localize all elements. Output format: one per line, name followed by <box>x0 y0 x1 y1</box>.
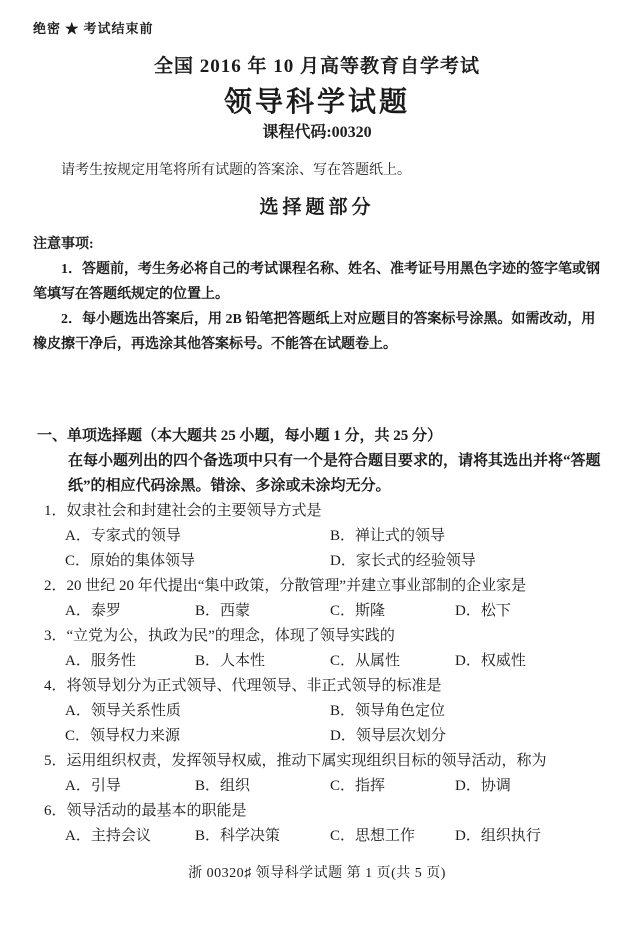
question-stem: 3．“立党为公，执政为民”的理念，体现了领导实践的 <box>44 624 616 649</box>
page-footer: 浙 00320♯ 领导科学试题 第 1 页(共 5 页) <box>0 862 634 882</box>
question-stem: 1．奴隶社会和封建社会的主要领导方式是 <box>44 499 616 524</box>
question-5: 5．运用组织权责，发挥领导权威，推动下属实现组织目标的领导活动，称为 A．引导 … <box>44 749 616 799</box>
option-c: C．原始的集体领导 <box>65 549 330 574</box>
question-number: 2． <box>44 578 67 594</box>
note-item: 2．每小题选出答案后，用 2B 铅笔把答题纸上对应题目的答案标号涂黑。如需改动，… <box>33 307 608 357</box>
option-row: A．服务性 B．人本性 C．从属性 D．权威性 <box>65 649 616 674</box>
classification-banner: 绝密 ★ 考试结束前 <box>33 18 154 37</box>
option-c: C．思想工作 <box>330 824 455 849</box>
note-item: 1．答题前，考生务必将自己的考试课程名称、姓名、准考证号用黑色字迹的签字笔或钢笔… <box>33 257 608 307</box>
question-3: 3．“立党为公，执政为民”的理念，体现了领导实践的 A．服务性 B．人本性 C．… <box>44 624 616 674</box>
option-a: A．泰罗 <box>65 599 195 624</box>
section-one: 一、单项选择题（本大题共 25 小题，每小题 1 分，共 25 分） 在每小题列… <box>37 424 610 499</box>
question-stem: 5．运用组织权责，发挥领导权威，推动下属实现组织目标的领导活动，称为 <box>44 749 616 774</box>
course-code: 课程代码:00320 <box>0 119 634 142</box>
question-text: 将领导划分为正式领导、代理领导、非正式领导的标准是 <box>67 678 442 694</box>
question-list: 1．奴隶社会和封建社会的主要领导方式是 A．专家式的领导 B．禅让式的领导 C．… <box>44 499 616 849</box>
question-number: 3． <box>44 628 67 644</box>
question-1: 1．奴隶社会和封建社会的主要领导方式是 A．专家式的领导 B．禅让式的领导 C．… <box>44 499 616 574</box>
question-2: 2．20 世纪 20 年代提出“集中政策，分散管理”并建立事业部制的企业家是 A… <box>44 574 616 624</box>
option-b: B．西蒙 <box>195 599 330 624</box>
option-b: B．禅让式的领导 <box>330 524 616 549</box>
option-a: A．领导关系性质 <box>65 699 330 724</box>
option-d: D．松下 <box>455 599 616 624</box>
question-4: 4．将领导划分为正式领导、代理领导、非正式领导的标准是 A．领导关系性质 B．领… <box>44 674 616 749</box>
option-c: C．领导权力来源 <box>65 724 330 749</box>
exam-paper-page: 绝密 ★ 考试结束前 全国 2016 年 10 月高等教育自学考试 领导科学试题… <box>0 0 634 931</box>
option-a: A．引导 <box>65 774 195 799</box>
option-b: B．人本性 <box>195 649 330 674</box>
question-number: 6． <box>44 803 67 819</box>
option-d: D．家长式的经验领导 <box>330 549 616 574</box>
question-stem: 6．领导活动的最基本的职能是 <box>44 799 616 824</box>
option-d: D．协调 <box>455 774 616 799</box>
option-a: A．服务性 <box>65 649 195 674</box>
option-b: B．领导角色定位 <box>330 699 616 724</box>
question-number: 1． <box>44 503 67 519</box>
option-row: A．专家式的领导 B．禅让式的领导 C．原始的集体领导 D．家长式的经验领导 <box>65 524 616 574</box>
question-stem: 4．将领导划分为正式领导、代理领导、非正式领导的标准是 <box>44 674 616 699</box>
option-d: D．权威性 <box>455 649 616 674</box>
question-stem: 2．20 世纪 20 年代提出“集中政策，分散管理”并建立事业部制的企业家是 <box>44 574 616 599</box>
question-number: 4． <box>44 678 67 694</box>
question-number: 5． <box>44 753 67 769</box>
exam-session-title: 全国 2016 年 10 月高等教育自学考试 <box>0 51 634 78</box>
option-a: A．主持会议 <box>65 824 195 849</box>
question-text: 奴隶社会和封建社会的主要领导方式是 <box>67 503 322 519</box>
question-text: 运用组织权责，发挥领导权威，推动下属实现组织目标的领导活动，称为 <box>67 753 547 769</box>
option-d: D．组织执行 <box>455 824 616 849</box>
question-text: “立党为公，执政为民”的理念，体现了领导实践的 <box>67 628 395 644</box>
option-row: A．泰罗 B．西蒙 C．斯隆 D．松下 <box>65 599 616 624</box>
candidate-instruction: 请考生按规定用笔将所有试题的答案涂、写在答题纸上。 <box>33 160 608 182</box>
option-b: B．组织 <box>195 774 330 799</box>
paper-title: 领导科学试题 <box>0 80 634 120</box>
option-c: C．指挥 <box>330 774 455 799</box>
option-c: C．斯隆 <box>330 599 455 624</box>
question-text: 20 世纪 20 年代提出“集中政策，分散管理”并建立事业部制的企业家是 <box>67 578 527 594</box>
question-text: 领导活动的最基本的职能是 <box>67 803 247 819</box>
option-row: A．主持会议 B．科学决策 C．思想工作 D．组织执行 <box>65 824 616 849</box>
notes-heading: 注意事项: <box>33 232 608 257</box>
option-c: C．从属性 <box>330 649 455 674</box>
option-d: D．领导层次划分 <box>330 724 616 749</box>
section-one-subheading: 在每小题列出的四个备选项中只有一个是符合题目要求的，请将其选出并将“答题纸”的相… <box>68 449 610 499</box>
section-one-heading: 一、单项选择题（本大题共 25 小题，每小题 1 分，共 25 分） <box>37 424 610 449</box>
option-row: A．领导关系性质 B．领导角色定位 C．领导权力来源 D．领导层次划分 <box>65 699 616 749</box>
question-6: 6．领导活动的最基本的职能是 A．主持会议 B．科学决策 C．思想工作 D．组织… <box>44 799 616 849</box>
option-row: A．引导 B．组织 C．指挥 D．协调 <box>65 774 616 799</box>
option-a: A．专家式的领导 <box>65 524 330 549</box>
notes-section: 注意事项: 1．答题前，考生务必将自己的考试课程名称、姓名、准考证号用黑色字迹的… <box>33 232 608 357</box>
option-b: B．科学决策 <box>195 824 330 849</box>
part-title: 选择题部分 <box>0 192 634 219</box>
